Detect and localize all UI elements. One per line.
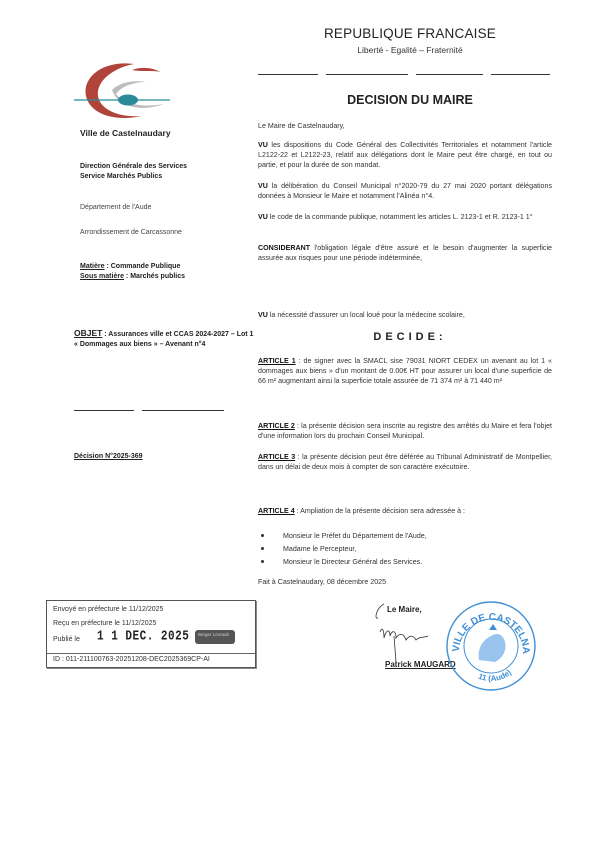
vu-lead: VU — [258, 141, 268, 149]
list-item: Monsieur le Directeur Général des Servic… — [258, 557, 552, 570]
matiere-block: Matière : Commande Publique Sous matière… — [80, 262, 185, 282]
intro-line: Le Maire de Castelnaudary, — [258, 121, 552, 131]
signatory-title: Le Maire, — [387, 605, 422, 614]
list-item: Madame le Percepteur, — [258, 544, 552, 557]
bullet-icon — [261, 534, 264, 537]
article-2-label: ARTICLE 2 — [258, 422, 295, 430]
article-3: ARTICLE 3 : la présente décision peut êt… — [258, 452, 552, 472]
article-3-label: ARTICLE 3 — [258, 453, 295, 461]
decide-heading: DECIDE: — [300, 331, 520, 343]
received-prefecture-line: Reçu en préfecture le 11/12/2025 — [53, 620, 156, 627]
recipient-text: Monsieur le Préfet du Département de l'A… — [283, 532, 427, 540]
castelnaudary-logo-icon — [72, 60, 172, 122]
vu-text: les dispositions du Code Général des Col… — [258, 141, 552, 169]
matiere-label: Matière — [80, 263, 105, 270]
vu-lead: VU — [258, 213, 268, 221]
republic-motto: Liberté - Egalité – Fraternité — [300, 45, 520, 55]
vu-lead: VU — [258, 182, 268, 190]
republic-heading: REPUBLIQUE FRANCAISE — [300, 26, 520, 41]
article-1: ARTICLE 1 : de signer avec la SMACL sise… — [258, 356, 552, 386]
bullet-icon — [261, 560, 264, 563]
document-title: DECISION DU MAIRE — [300, 93, 520, 107]
arrondissement-label: Arrondissement de Carcassonne — [80, 228, 182, 238]
article-1-text: : de signer avec la SMACL sise 79031 NIO… — [258, 357, 552, 385]
vu-cgct-paragraph: VU les dispositions du Code Général des … — [258, 140, 552, 170]
service-label: Service Marchés Publics — [80, 172, 187, 182]
sent-prefecture-line: Envoyé en préfecture le 11/12/2025 — [53, 606, 163, 613]
published-label: Publié le — [53, 636, 80, 643]
vu-text: le code de la commande publique, notamme… — [268, 213, 533, 221]
prefecture-receipt-stamp: Envoyé en préfecture le 11/12/2025 Reçu … — [46, 600, 256, 668]
recipient-text: Madame le Percepteur, — [283, 545, 356, 553]
article-4-text: : Ampliation de la présente décision ser… — [295, 507, 465, 515]
service-block: Direction Générale des Services Service … — [80, 162, 187, 182]
considerant-lead: CONSIDERANT — [258, 244, 310, 252]
article-4-label: ARTICLE 4 — [258, 507, 295, 515]
sous-matiere-value: : Marchés publics — [124, 273, 185, 280]
article-1-label: ARTICLE 1 — [258, 357, 296, 365]
article-2: ARTICLE 2 : la présente décision sera in… — [258, 421, 552, 441]
vu-necessite-line: VU la nécessité d'assurer un local loué … — [258, 310, 552, 320]
recipient-text: Monsieur le Directeur Général des Servic… — [283, 558, 422, 566]
list-item: Monsieur le Préfet du Département de l'A… — [258, 531, 552, 544]
direction-label: Direction Générale des Services — [80, 162, 187, 172]
vu-text: la délibération du Conseil Municipal n°2… — [258, 182, 552, 200]
city-name: Ville de Castelnaudary — [80, 128, 171, 138]
header-divider — [258, 74, 550, 75]
berger-levrault-badge: Berger Levrault — [195, 630, 235, 644]
bullet-icon — [261, 547, 264, 550]
recipients-list: Monsieur le Préfet du Département de l'A… — [258, 531, 552, 570]
left-divider — [74, 410, 224, 411]
matiere-value: : Commande Publique — [105, 263, 181, 270]
svg-text:11 (Aude): 11 (Aude) — [477, 668, 513, 684]
vu-deliberation-paragraph: VU la délibération du Conseil Municipal … — [258, 181, 552, 201]
decision-number: Décision N°2025-369 — [74, 453, 143, 460]
vu-lead: VU — [258, 311, 268, 319]
city-seal-stamp-icon: VILLE DE CASTELNAUDARY 11 (Aude) — [445, 600, 537, 692]
published-date: 1 1 DEC. 2025 — [97, 630, 189, 645]
article-2-text: : la présente décision sera inscrite au … — [258, 422, 552, 440]
vu-code-paragraph: VU le code de la commande publique, nota… — [258, 212, 552, 222]
act-id-line: ID : 011-211100763-20251208-DEC2025369CP… — [47, 653, 255, 663]
considerant-paragraph: CONSIDERANT l'obligation légale d'être a… — [258, 243, 552, 263]
objet-block: OBJET : Assurances ville et CCAS 2024-20… — [74, 328, 254, 350]
article-3-text: : la présente décision peut être déférée… — [258, 453, 552, 471]
objet-label: OBJET — [74, 328, 102, 338]
vu-text: la nécessité d'assurer un local loué pou… — [268, 311, 465, 319]
departement-label: Département de l'Aude — [80, 203, 151, 213]
place-date-line: Fait à Castelnaudary, 08 décembre 2025 — [258, 578, 386, 586]
sous-matiere-label: Sous matière — [80, 273, 124, 280]
article-4: ARTICLE 4 : Ampliation de la présente dé… — [258, 506, 552, 516]
